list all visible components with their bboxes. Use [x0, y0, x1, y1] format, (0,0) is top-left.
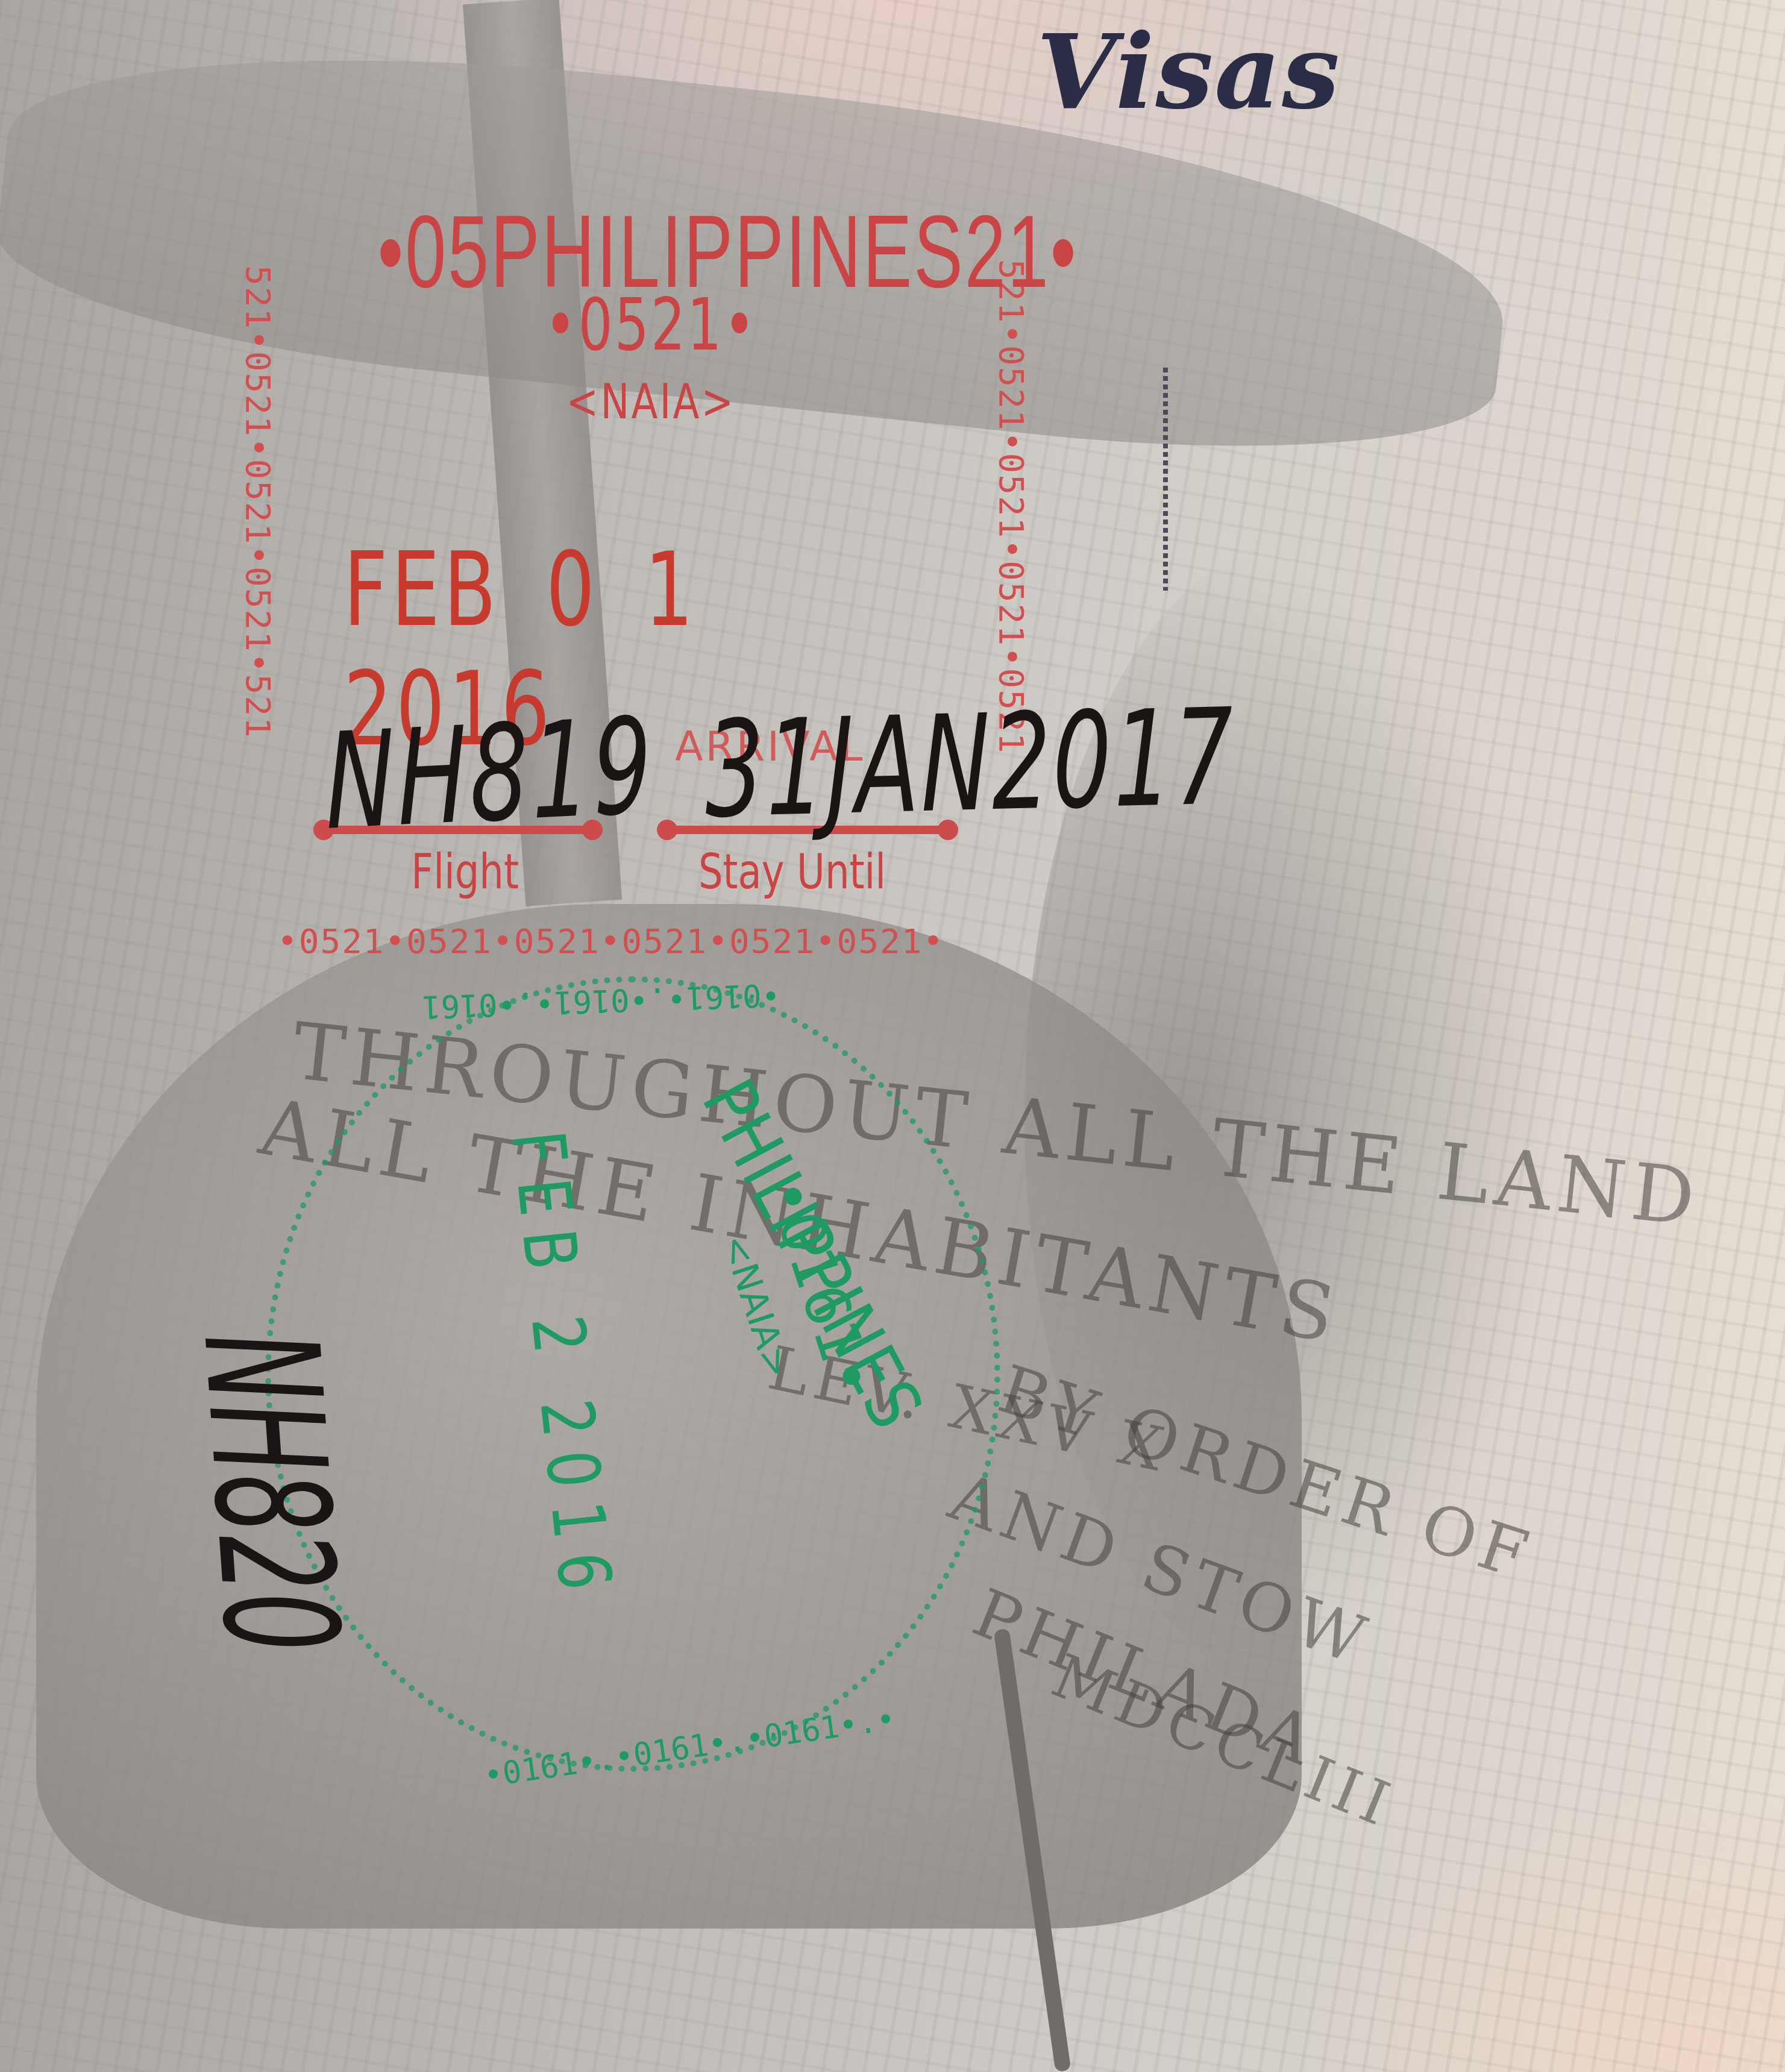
stamp-port: <NAIA> — [333, 374, 969, 430]
handwritten-departure-flight: NH820 — [168, 1326, 372, 1659]
dotted-line-mark — [1163, 368, 1168, 591]
stamp-border-text: •0521•0521•0521•0521•0521•0521• — [277, 922, 944, 961]
departure-stamp: •0161•.•0161•.•0161 •0161•.•0161•.•0161•… — [265, 976, 1000, 1772]
handwritten-flight-number: NH819 — [324, 689, 656, 859]
stamp-border-text: 521•0521•0521•0521•521 — [238, 265, 277, 739]
handwritten-stay-until-date: 31JAN2017 — [704, 680, 1235, 847]
stamp-border-text: 521•0521•0521•0521•0521 — [991, 259, 1031, 754]
page-title: Visas — [1037, 12, 1341, 133]
stamp-code: •0521• — [353, 283, 949, 367]
stay-until-label: Stay Until — [698, 844, 886, 900]
